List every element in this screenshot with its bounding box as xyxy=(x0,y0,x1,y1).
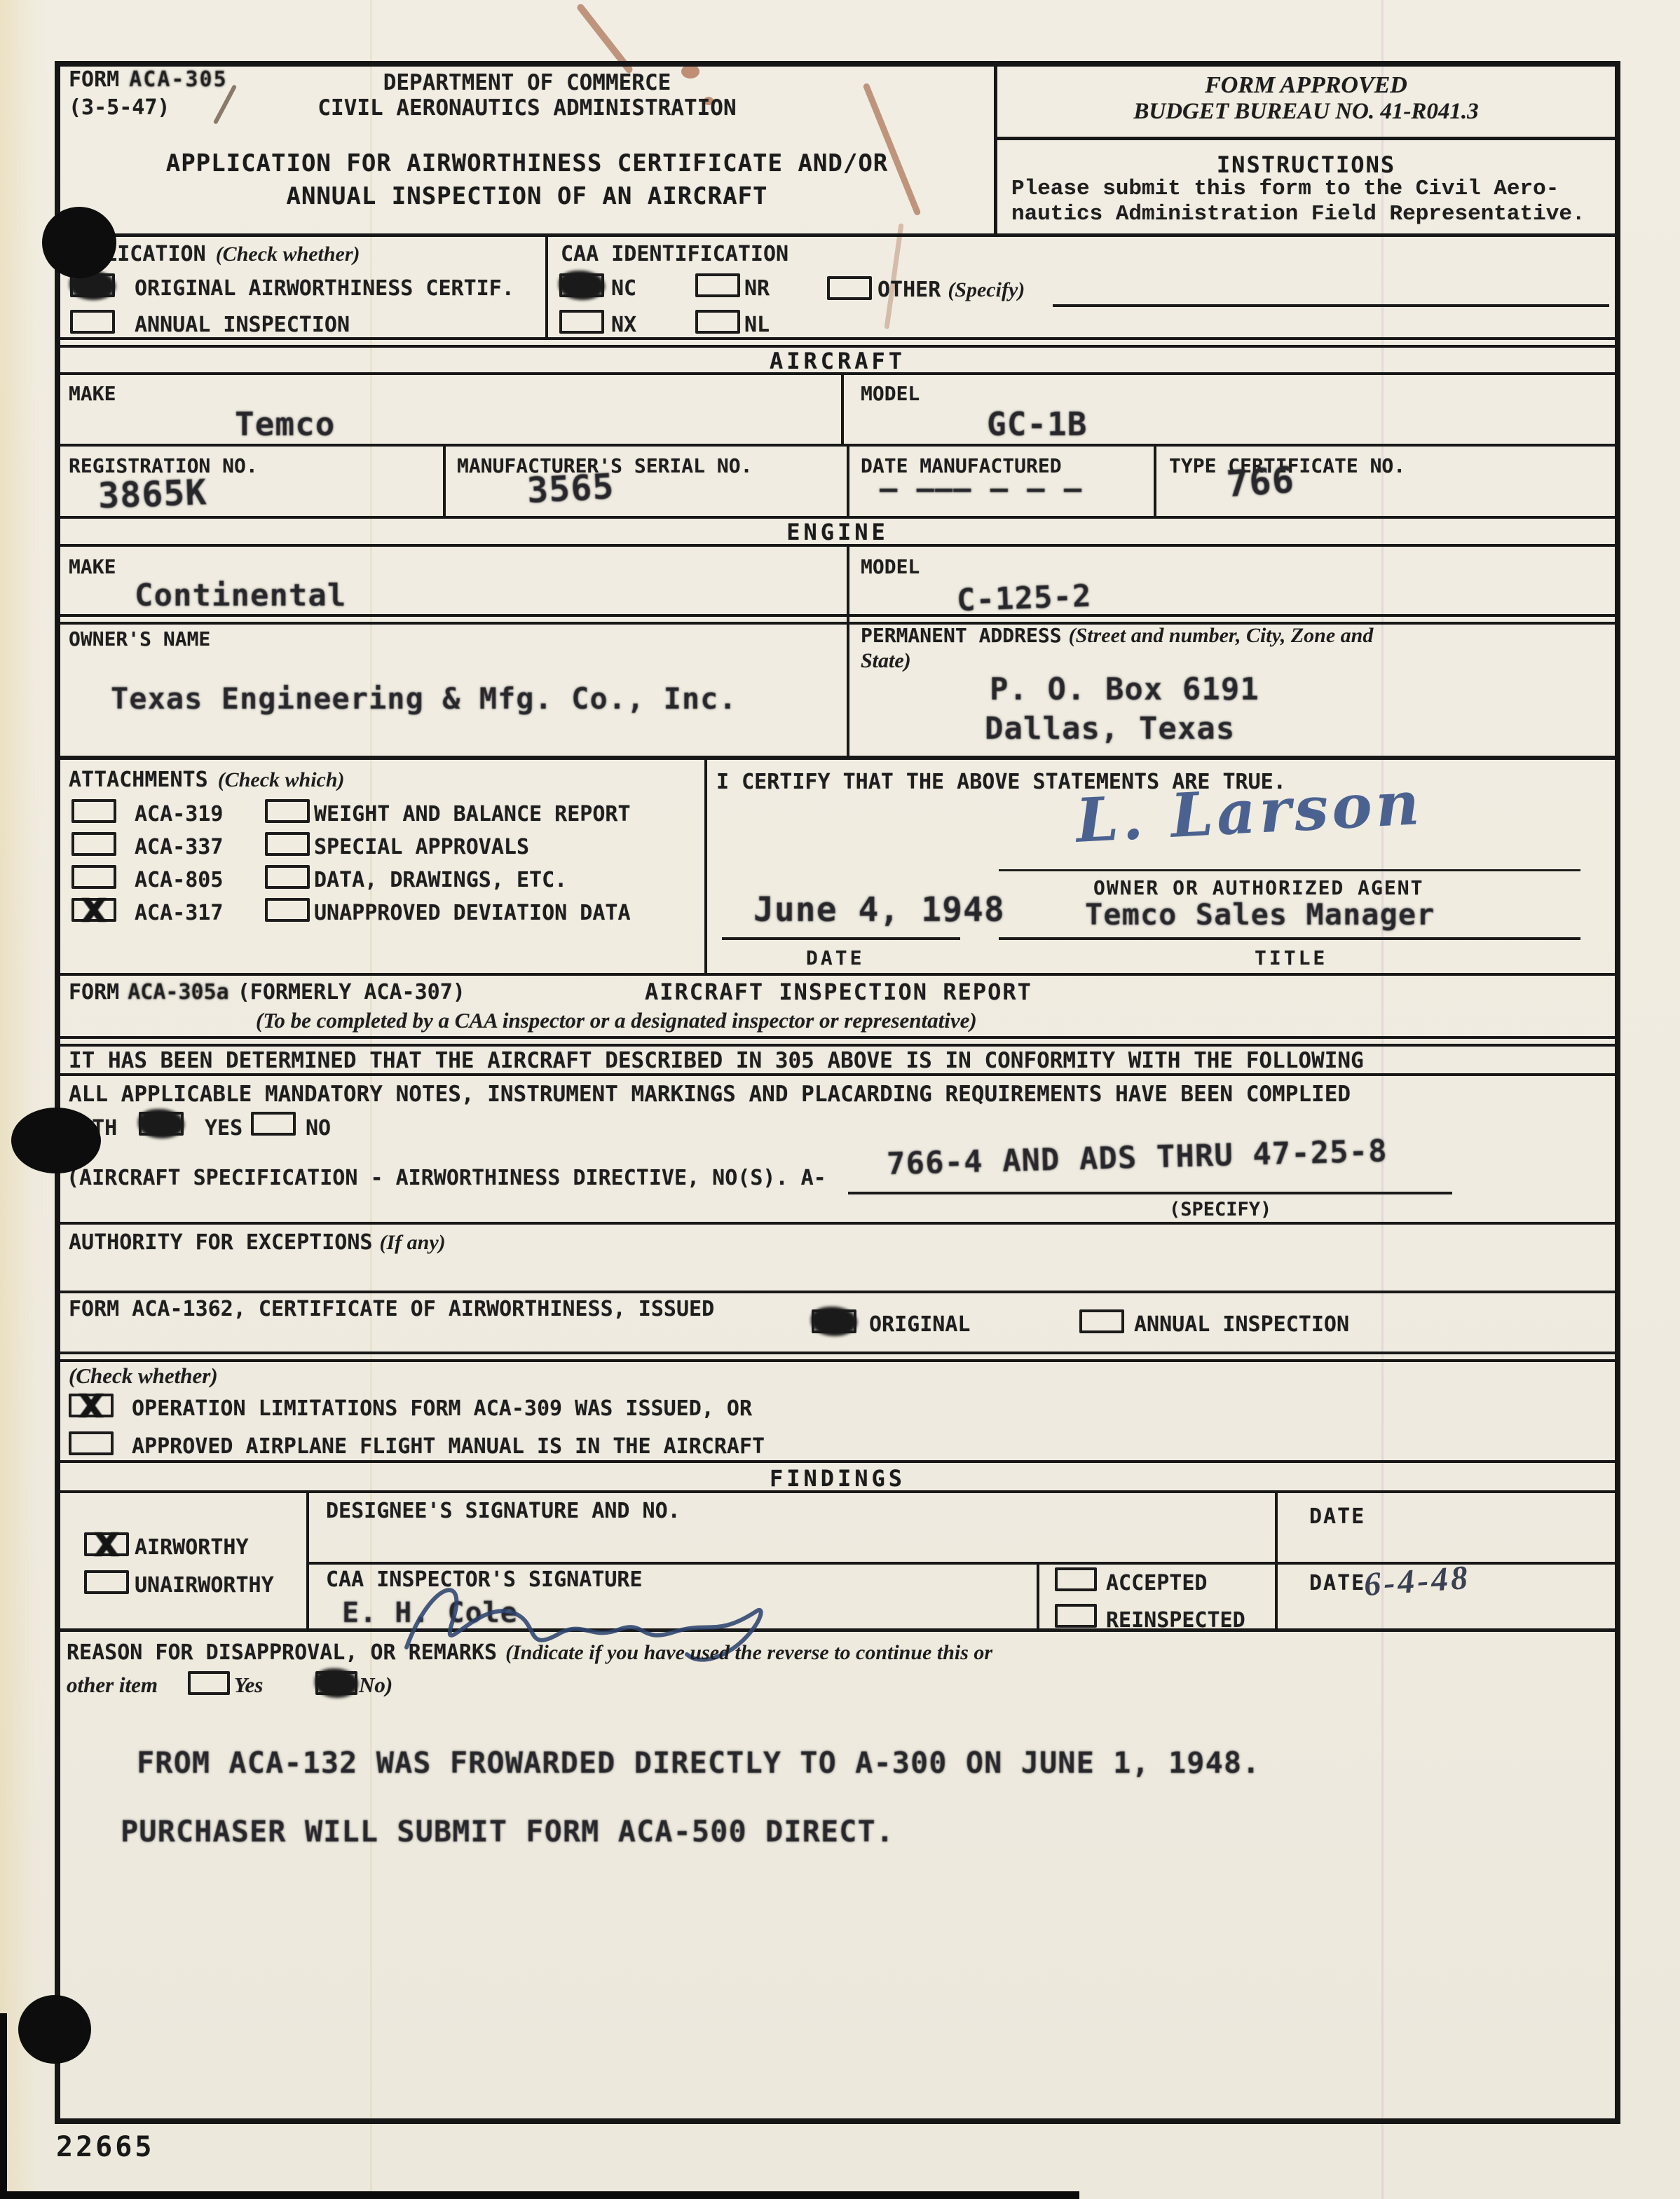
hline xyxy=(60,1044,1615,1047)
checkbox-original-1362[interactable] xyxy=(812,1309,856,1333)
checkbox-other[interactable] xyxy=(827,276,872,300)
attachment-label: WEIGHT AND BALANCE REPORT xyxy=(314,802,631,826)
checkbox-accepted[interactable] xyxy=(1055,1567,1097,1591)
check-mark xyxy=(86,1532,127,1556)
caa-option-label: NC xyxy=(611,276,636,301)
caa-other-note: (Specify) xyxy=(948,278,1025,302)
checkbox-nc[interactable] xyxy=(559,273,604,297)
reason-note: (Indicate if you have used the reverse t… xyxy=(505,1641,992,1665)
instructions-line2: nautics Administration Field Representat… xyxy=(1011,202,1585,226)
engine-make-label: MAKE xyxy=(69,555,116,578)
report-subtitle: (To be completed by a CAA inspector or a… xyxy=(256,1008,977,1033)
checkbox-nr[interactable] xyxy=(695,273,740,297)
application-note: (Check whether) xyxy=(216,243,360,266)
complied-line: ALL APPLICABLE MANDATORY NOTES, INSTRUME… xyxy=(69,1082,1351,1107)
inspection-date-label: DATE xyxy=(1309,1571,1365,1595)
hline xyxy=(60,756,1615,760)
form-approved-line1: FORM APPROVED xyxy=(997,72,1615,99)
title-line xyxy=(999,937,1580,940)
attachment-label: ACA-317 xyxy=(135,901,223,925)
checkbox-flight-manual[interactable] xyxy=(69,1431,114,1455)
checkbox-remarks-no[interactable] xyxy=(315,1671,357,1695)
checkbox-complied-no[interactable] xyxy=(251,1112,296,1136)
checkbox-annual-1362[interactable] xyxy=(1079,1309,1124,1333)
authority-label: AUTHORITY FOR EXCEPTIONS xyxy=(69,1230,372,1255)
checkbox-nx[interactable] xyxy=(559,310,604,334)
hline xyxy=(994,137,1615,140)
caa-other-label: OTHER xyxy=(877,278,941,302)
vline xyxy=(704,756,707,973)
form-title-line2: ANNUAL INSPECTION OF AN AIRCRAFT xyxy=(60,182,994,210)
address-line1-value[interactable]: P. O. Box 6191 xyxy=(990,672,1259,707)
caa-other-block: OTHER (Specify) xyxy=(877,278,1025,302)
cert1362-line: FORM ACA-1362, CERTIFICATE OF AIRWORTHIN… xyxy=(69,1297,714,1321)
department-line2: CIVIL AERONAUTICS ADMINISTRATION xyxy=(60,95,994,121)
caa-identification-label: CAA IDENTIFICATION xyxy=(561,242,788,266)
report-title: AIRCRAFT INSPECTION REPORT xyxy=(645,979,1032,1005)
address-label: PERMANENT ADDRESS xyxy=(861,624,1062,647)
title-label: TITLE xyxy=(1255,946,1327,969)
check-mark xyxy=(559,271,605,300)
checkbox-operation-limitations[interactable] xyxy=(69,1394,114,1417)
registration-value[interactable]: 3865K xyxy=(97,472,207,516)
certification-date-value[interactable]: June 4, 1948 xyxy=(753,890,1005,930)
certification-title-value[interactable]: Temco Sales Manager xyxy=(1085,897,1435,932)
reason-label: REASON FOR DISAPPROVAL, OR REMARKS xyxy=(67,1640,497,1665)
vline xyxy=(1275,1490,1278,1628)
unairworthy-label: UNAIRWORTHY xyxy=(135,1573,274,1598)
serial-value[interactable]: 3565 xyxy=(526,466,615,511)
form-title-line1: APPLICATION FOR AIRWORTHINESS CERTIFICAT… xyxy=(60,149,994,177)
hole-punch xyxy=(11,1108,101,1173)
designee-signature-label: DESIGNEE'S SIGNATURE AND NO. xyxy=(326,1499,681,1523)
checkbox-aca-805[interactable] xyxy=(71,865,116,889)
vline xyxy=(306,1490,309,1628)
caa-option-label: NR xyxy=(744,276,770,301)
department-line1: DEPARTMENT OF COMMERCE xyxy=(60,70,994,95)
address-heading: PERMANENT ADDRESS (Street and number, Ci… xyxy=(861,624,1373,648)
annual-inspection-label: ANNUAL INSPECTION xyxy=(1134,1312,1349,1337)
hline xyxy=(60,337,1615,340)
checkbox-reinspected[interactable] xyxy=(1055,1604,1097,1628)
hline xyxy=(60,622,1615,625)
address-line2-value[interactable]: Dallas, Texas xyxy=(985,711,1235,747)
attachments-note: (Check which) xyxy=(218,768,345,792)
hline xyxy=(60,1628,1615,1632)
checkbox-remarks-yes[interactable] xyxy=(188,1671,230,1695)
owner-name-value[interactable]: Texas Engineering & Mfg. Co., Inc. xyxy=(111,681,737,716)
instructions-title: INSTRUCTIONS xyxy=(997,151,1615,178)
report-formerly: (FORMERLY ACA-307) xyxy=(238,980,465,1005)
no-label: NO xyxy=(306,1116,331,1141)
type-certificate-value[interactable]: 766 xyxy=(1225,459,1296,506)
vline xyxy=(1154,444,1156,516)
remarks-line1[interactable]: FROM ACA-132 WAS FROWARDED DIRECTLY TO A… xyxy=(137,1745,1260,1780)
findings-section-title: FINDINGS xyxy=(60,1465,1615,1492)
caa-option-label: NX xyxy=(611,313,636,337)
form-approved-line2: BUDGET BUREAU NO. 41-R041.3 xyxy=(997,99,1615,125)
vline xyxy=(994,61,997,233)
report-form-label: FORM xyxy=(69,980,119,1005)
check-mark xyxy=(811,1307,857,1336)
address-note1: (Street and number, City, Zone and xyxy=(1069,624,1374,648)
aircraft-section-title: AIRCRAFT xyxy=(60,348,1615,374)
hole-punch xyxy=(18,1995,91,2064)
accepted-label: ACCEPTED xyxy=(1106,1571,1208,1595)
date-label: DATE xyxy=(806,946,864,969)
attachments-heading: ATTACHMENTS (Check which) xyxy=(69,768,345,792)
spec-line-label: (AIRCRAFT SPECIFICATION - AIRWORTHINESS … xyxy=(67,1166,826,1190)
attachment-label: ACA-319 xyxy=(135,802,223,826)
scan-edge-shadow xyxy=(0,2013,7,2199)
aircraft-model-label: MODEL xyxy=(861,382,920,405)
reinspected-label: REINSPECTED xyxy=(1106,1608,1245,1633)
checkbox-airworthy[interactable] xyxy=(84,1532,129,1556)
checkbox-unapproved-deviation[interactable] xyxy=(265,898,310,922)
airworthy-label: AIRWORTHY xyxy=(135,1535,249,1560)
checkbox-special-approvals[interactable] xyxy=(265,832,310,856)
hline xyxy=(60,233,1615,237)
remarks-yes-label: Yes xyxy=(234,1673,263,1698)
hline xyxy=(60,1359,1615,1362)
address-note2: State) xyxy=(861,649,911,673)
hline xyxy=(60,1036,1615,1039)
remarks-line2[interactable]: PURCHASER WILL SUBMIT FORM ACA-500 DIREC… xyxy=(121,1814,894,1849)
caa-option-label: NL xyxy=(744,313,770,337)
authority-note: (If any) xyxy=(379,1231,445,1255)
instructions-line1: Please submit this form to the Civil Aer… xyxy=(1011,177,1559,201)
attachment-label: ACA-805 xyxy=(135,868,223,892)
signature-role-label: OWNER OR AUTHORIZED AGENT xyxy=(1093,876,1423,899)
hline xyxy=(60,614,1615,617)
check-mark xyxy=(315,1668,358,1698)
vline xyxy=(847,544,849,622)
operation-limitations-label: OPERATION LIMITATIONS FORM ACA-309 WAS I… xyxy=(132,1396,752,1421)
designee-date-label: DATE xyxy=(1309,1504,1365,1529)
other-item-label: other item xyxy=(67,1673,158,1698)
reason-heading: REASON FOR DISAPPROVAL, OR REMARKS (Indi… xyxy=(67,1640,992,1665)
report-form-number-block: FORM ACA-305a (FORMERLY ACA-307) xyxy=(69,980,465,1005)
hline xyxy=(60,444,1615,447)
other-specify-line[interactable] xyxy=(1053,304,1609,307)
attachment-label: UNAPPROVED DEVIATION DATA xyxy=(314,901,631,925)
scanned-form-page: FORM ACA-305 (3-5-47) DEPARTMENT OF COMM… xyxy=(0,0,1680,2199)
original-label: ORIGINAL xyxy=(869,1312,971,1337)
application-option-label: ANNUAL INSPECTION xyxy=(135,313,350,337)
check-mark xyxy=(71,1394,111,1417)
vline xyxy=(443,444,446,516)
attachment-label: ACA-337 xyxy=(135,835,223,859)
check-whether-note: (Check whether) xyxy=(69,1363,218,1389)
spec-line xyxy=(848,1192,1452,1194)
hline xyxy=(60,1352,1615,1354)
vline xyxy=(545,233,548,337)
engine-model-value[interactable]: C-125-2 xyxy=(956,578,1092,619)
checkbox-complied-yes[interactable] xyxy=(139,1112,184,1136)
checkbox-aca-337[interactable] xyxy=(71,832,116,856)
aircraft-model-value[interactable]: GC-1B xyxy=(987,405,1087,443)
specify-label: (SPECIFY) xyxy=(1169,1199,1271,1220)
engine-model-label: MODEL xyxy=(861,555,920,578)
hline xyxy=(60,1291,1615,1293)
hline xyxy=(60,1073,1615,1076)
remarks-no-label: No) xyxy=(359,1673,392,1698)
checkbox-annual-inspection[interactable] xyxy=(70,310,115,334)
date-manufactured-value[interactable]: — ——— — — — xyxy=(880,471,1082,505)
vline xyxy=(841,372,844,444)
attachments-label: ATTACHMENTS xyxy=(69,768,208,792)
vline xyxy=(847,622,849,756)
check-mark xyxy=(74,898,114,922)
checkbox-weight-balance[interactable] xyxy=(265,799,310,823)
checkbox-aca-317[interactable] xyxy=(71,898,116,922)
checkbox-unairworthy[interactable] xyxy=(84,1570,129,1594)
checkbox-nl[interactable] xyxy=(695,310,740,334)
aircraft-make-value[interactable]: Temco xyxy=(235,405,335,443)
hline xyxy=(60,1460,1615,1463)
yes-label: YES xyxy=(205,1116,243,1141)
hole-punch xyxy=(42,207,116,278)
inspection-date-value[interactable]: 6-4-48 xyxy=(1363,1558,1471,1604)
hline xyxy=(60,973,1615,976)
attachment-label: SPECIAL APPROVALS xyxy=(314,835,529,859)
owner-name-label: OWNER'S NAME xyxy=(69,627,210,651)
paper-edge-shading xyxy=(0,0,49,2199)
report-form-number: ACA-305a xyxy=(128,980,229,1005)
determined-line: IT HAS BEEN DETERMINED THAT THE AIRCRAFT… xyxy=(69,1048,1364,1073)
check-mark xyxy=(138,1109,184,1138)
engine-section-title: ENGINE xyxy=(60,519,1615,545)
serial-stamp: 22665 xyxy=(56,2131,154,2163)
hline xyxy=(60,1222,1615,1225)
scan-edge-shadow xyxy=(0,2191,1079,2199)
vline xyxy=(847,444,849,516)
aircraft-make-label: MAKE xyxy=(69,382,116,405)
application-option-label: ORIGINAL AIRWORTHINESS CERTIF. xyxy=(135,276,514,301)
checkbox-data-drawings[interactable] xyxy=(265,865,310,889)
engine-make-value[interactable]: Continental xyxy=(135,578,346,613)
flight-manual-label: APPROVED AIRPLANE FLIGHT MANUAL IS IN TH… xyxy=(132,1434,765,1459)
date-line xyxy=(722,937,960,940)
checkbox-aca-319[interactable] xyxy=(71,799,116,823)
vline xyxy=(1037,1562,1039,1628)
authority-heading: AUTHORITY FOR EXCEPTIONS (If any) xyxy=(69,1230,446,1255)
attachment-label: DATA, DRAWINGS, ETC. xyxy=(314,868,567,892)
signature-line xyxy=(999,869,1580,871)
